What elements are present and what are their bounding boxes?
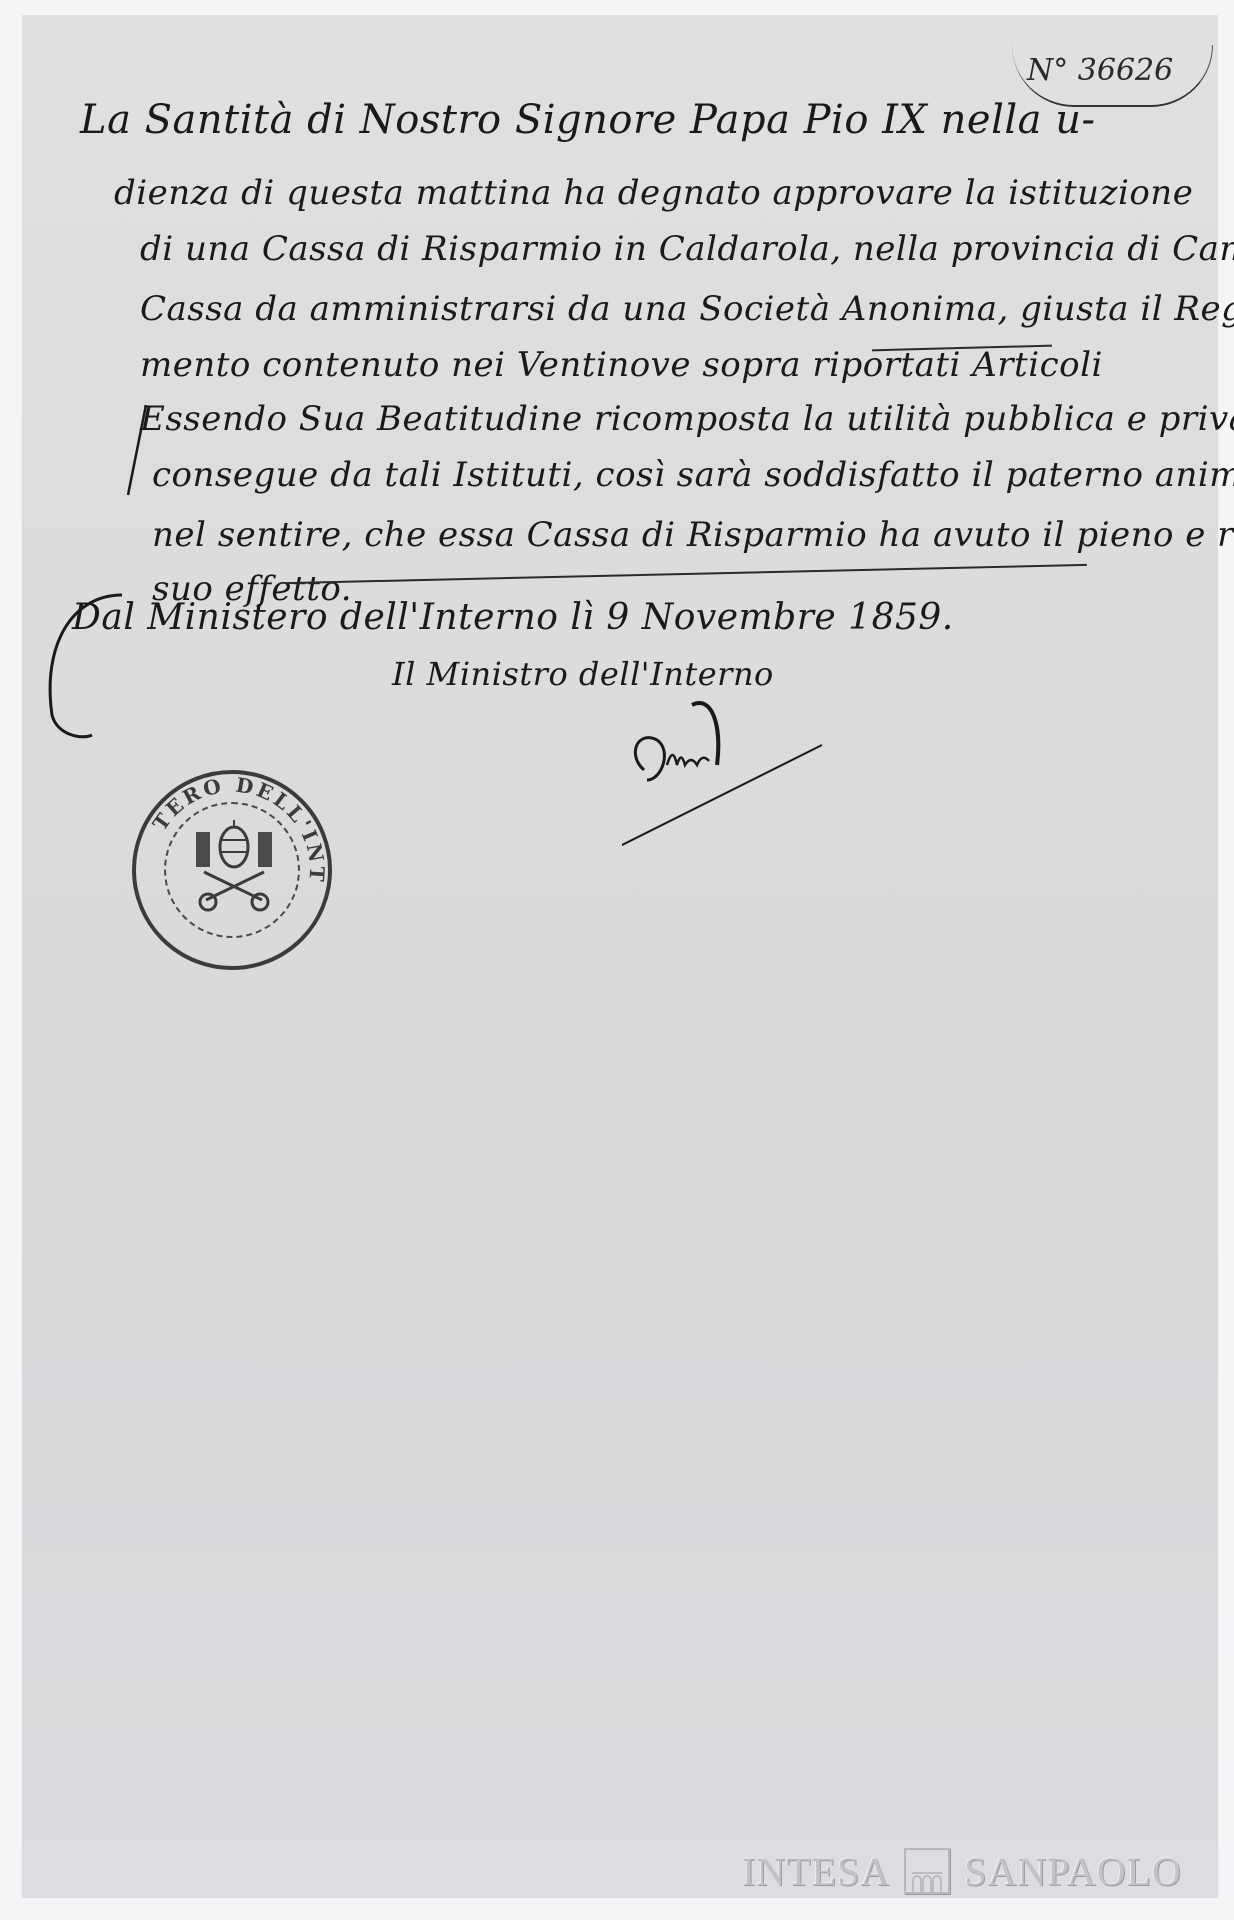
closing-rule <box>287 564 1087 584</box>
signature-icon <box>622 685 852 935</box>
signature-name: Milesi <box>632 733 638 734</box>
body-line-8: nel sentire, che essa Cassa di Risparmio… <box>152 515 1234 555</box>
body-line-6: Essendo Sua Beatitudine ricomposta la ut… <box>140 399 1234 439</box>
document-page: N° 36626 La Santità di Nostro Signore Pa… <box>22 15 1218 1898</box>
tiara-and-keys-icon <box>184 812 284 922</box>
body-line-3: di una Cassa di Risparmio in Caldarola, … <box>140 229 1234 269</box>
ministry-stamp: TERO DELL'INT <box>132 770 332 970</box>
arches-logo-icon <box>904 1848 950 1894</box>
intesa-sanpaolo-watermark: INTESA SANPAOLO <box>742 1851 1182 1891</box>
body-line-2: dienza di questa mattina ha degnato appr… <box>114 173 1193 213</box>
body-line-7: consegue da tali Istituti, così sarà sod… <box>152 455 1234 495</box>
protocol-number: N° 36626 <box>1027 53 1173 88</box>
body-line-5: mento contenuto nei Ventinove sopra ripo… <box>140 345 1103 385</box>
dateline: Dal Ministero dell'Interno lì 9 Novembre… <box>72 597 954 638</box>
body-line-1: La Santità di Nostro Signore Papa Pio IX… <box>80 97 1096 143</box>
watermark-left-word: INTESA <box>742 1848 890 1895</box>
watermark-right-word: SANPAOLO <box>964 1848 1182 1895</box>
margin-stroke-icon <box>122 395 152 505</box>
body-line-4: Cassa da amministrarsi da una Società An… <box>140 289 1234 329</box>
